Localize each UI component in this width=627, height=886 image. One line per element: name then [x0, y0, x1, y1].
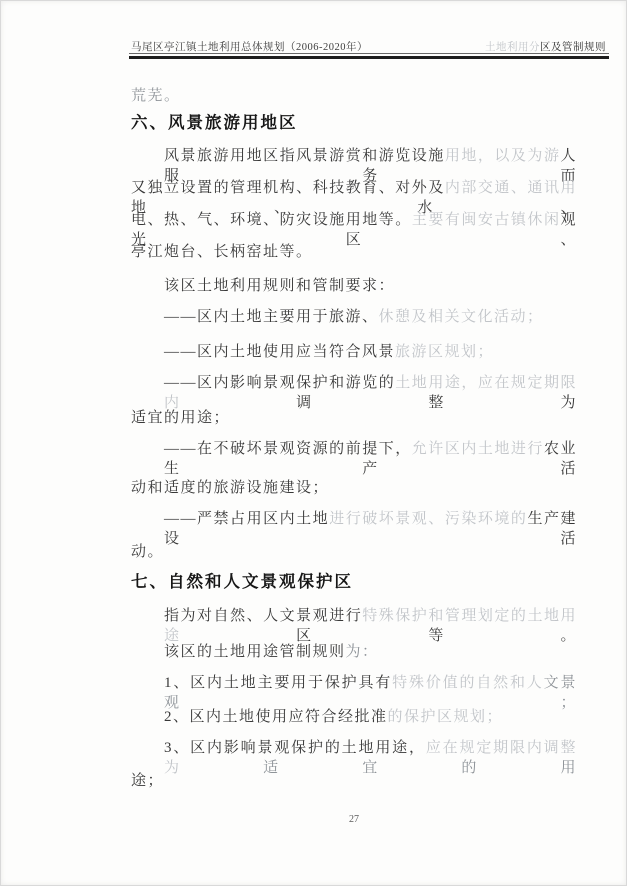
page-number: 27	[131, 814, 577, 825]
text-segment: 途；	[131, 773, 164, 789]
text-segment: 进行破坏景观、污染环境的	[329, 511, 527, 527]
header-rule-thick	[129, 56, 609, 59]
text-segment: 风景旅游用地区指风景游赏和游览设施	[164, 148, 445, 164]
text-segment: 2、区内土地使用应符合经批准	[164, 709, 388, 725]
text-segment: 亭江炮台、长柄窑址等。	[131, 244, 313, 260]
text-line: 亭江炮台、长柄窑址等。	[131, 242, 577, 262]
text-segment: 允许区内土地进行	[412, 441, 544, 457]
text-segment: 动。	[131, 544, 164, 560]
text-segment: 的保护区规划；	[388, 709, 504, 725]
text-segment: 又独立设置的管理机构、科技教育、对外及	[131, 180, 445, 196]
text-segment: 1、区内土地主要用于保护具有	[164, 675, 392, 691]
section-heading: 七、自然和人文景观保护区	[131, 572, 577, 592]
text-segment: 旅游区规划；	[395, 344, 494, 360]
text-segment: ——区内影响景观保护和游览的	[164, 375, 395, 391]
text-segment: 指为对自然、人文景观进行	[164, 608, 362, 624]
header-rule-thin	[129, 53, 609, 54]
text-segment: ——严禁占用区内土地	[164, 511, 329, 527]
text-line: 动。	[131, 542, 577, 562]
header-right-text: 区及管制规则	[540, 42, 606, 53]
text-segment: 休憩及相关文化活动；	[379, 309, 544, 325]
text-line: ——在不破坏景观资源的前提下，允许区内土地进行农业生产活	[131, 439, 577, 479]
text-segment: 该区的土地用途管制规则	[164, 644, 346, 660]
text-segment: 七、自然和人文景观保护区	[131, 572, 353, 591]
text-segment: 六、风景旅游用地区	[131, 113, 298, 132]
text-line: 2、区内土地使用应符合经批准的保护区规划；	[131, 707, 577, 727]
text-line: 适宜的用途；	[131, 408, 577, 428]
text-segment: ——区内土地主要用于旅游、	[164, 309, 379, 325]
text-segment: ——在不破坏景观资源的前提下，	[164, 441, 412, 457]
text-segment: ——区内土地使用应当符合风景	[164, 344, 395, 360]
text-segment: 特殊价值的自然和人	[392, 675, 543, 691]
text-line: 动和适度的旅游设施建设；	[131, 478, 577, 498]
text-line: ——区内影响景观保护和游览的土地用途，应在规定期限内调整为	[131, 373, 577, 413]
text-segment: 动和适度的旅游设施建设；	[131, 480, 329, 496]
header-right-title: 土地利用分区及管制规则	[485, 39, 606, 54]
text-segment: 为：	[346, 644, 379, 660]
text-segment: 荒芜。	[131, 88, 181, 104]
text-segment: 电、热、气、环境、防灾设施用地等。	[131, 212, 412, 228]
text-line: ——区内土地主要用于旅游、休憩及相关文化活动；	[131, 307, 577, 327]
text-segment: 该区土地利用规则和管制要求：	[164, 278, 395, 294]
text-segment: 适宜的用途；	[131, 410, 230, 426]
text-line: 该区的土地用途管制规则为：	[131, 642, 577, 662]
text-segment: 内部交通、通讯用	[445, 180, 577, 196]
text-segment: 用地，以及为游	[445, 148, 561, 164]
text-segment: 主要有闽安古镇休闲	[412, 212, 561, 228]
text-segment: 3、区内影响景观保护的土地用途，	[164, 740, 426, 756]
text-line: ——区内土地使用应当符合风景旅游区规划；	[131, 342, 577, 362]
text-line: 荒芜。	[131, 86, 577, 106]
text-line: 指为对自然、人文景观进行特殊保护和管理划定的土地用途区等。	[131, 606, 577, 646]
text-line: 途；	[131, 771, 577, 791]
header-right-faded-text: 土地利用分	[485, 42, 540, 53]
section-heading: 六、风景旅游用地区	[131, 113, 577, 133]
document-page: 马尾区亭江镇土地利用总体规划（2006-2020年） 土地利用分区及管制规则 荒…	[0, 0, 627, 886]
header-left-title: 马尾区亭江镇土地利用总体规划（2006-2020年）	[131, 39, 368, 54]
text-line: 该区土地利用规则和管制要求：	[131, 276, 577, 296]
